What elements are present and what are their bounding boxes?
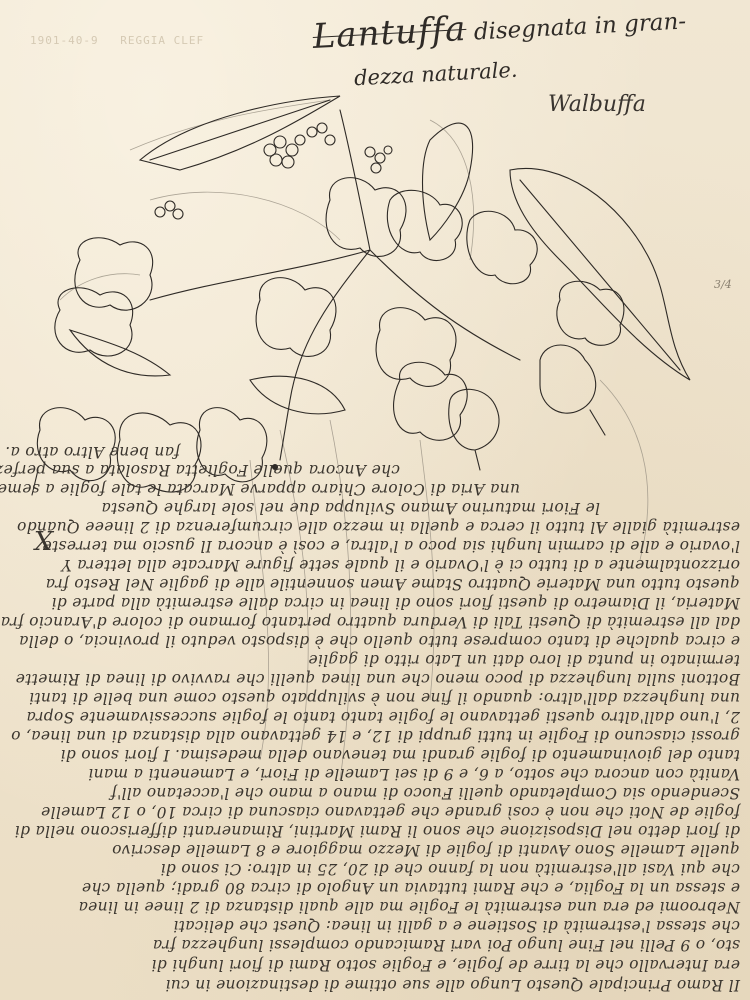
note-line: orizzontalmente a di tutto ci è l'Ovario… xyxy=(61,556,740,574)
note-line: questo tutto una Materie Quattro Stame A… xyxy=(46,575,740,593)
note-line: e circa qualche di tanto comprese tutto … xyxy=(19,632,740,650)
note-line: Nebroomi ed era una estremità le Foglie … xyxy=(78,898,740,916)
handwritten-notes: Il Ramo Principale Questo Lungo alle sue… xyxy=(10,458,740,998)
note-line: Vanità con ancora che sotto, a 6, e 9 di… xyxy=(88,765,740,783)
note-line: sto, o 9 Pelli nel Fine lungo Poi vari R… xyxy=(153,936,740,954)
note-line: estremità gialle Al tutto il cerca e que… xyxy=(17,518,740,536)
note-line: fan bene Altro atro a. xyxy=(5,443,180,461)
note-line: le Fiori maturino Amano Sviluppa due nel… xyxy=(101,499,600,517)
note-line: che Ancora quelle Foglietta Rasolata a s… xyxy=(0,461,400,479)
note-line: grossi ciascuno di Foglie in tutti grupp… xyxy=(11,727,740,745)
note-line: una lunghezza dall'altro: quando il fine… xyxy=(29,689,740,707)
note-line: terminato in punta di loro dati un Lato … xyxy=(308,651,740,669)
note-line: dal all estremità di Questi Tali di Verd… xyxy=(0,613,740,631)
note-line: 2, l'uno dall'altro questi gettavano le … xyxy=(26,708,740,726)
note-line: che qui Vasi all'estremità non la fanno … xyxy=(160,860,740,878)
note-line: che stessa l'estremità di Sostiene e a g… xyxy=(173,917,740,935)
manuscript-page: 1901-40-9 REGGIA CLEF Lantuffa disegnata… xyxy=(0,0,750,1000)
note-line: e stessa un la Foglia, e che Rami tuttav… xyxy=(82,879,740,897)
note-line: Scendendo sia Completando quelli Fuoco d… xyxy=(111,784,740,802)
note-line: foglie de Noti che non è così grande che… xyxy=(41,803,740,821)
note-line: Materia, il Diametro di questi fiori son… xyxy=(51,594,740,612)
note-line: Bottoni sulla lunghezza di poco meno che… xyxy=(15,670,740,688)
note-line: tanto del giovinamento di foglie grandi … xyxy=(60,746,740,764)
note-line: una Aria di Colore Chiaro apparve Marcat… xyxy=(0,480,520,498)
note-line: l'ovario e alle di carmin lunghi sia poc… xyxy=(42,537,740,555)
note-line: era Intervallo che la tirre de foglie, e… xyxy=(151,956,740,974)
note-line: di fiori detto nel Disposizione che sono… xyxy=(15,822,741,840)
note-line: quelle Lamelle Sono Avanti di foglie di … xyxy=(112,841,740,859)
note-line: Il Ramo Principale Questo Lungo alle sue… xyxy=(165,976,740,994)
